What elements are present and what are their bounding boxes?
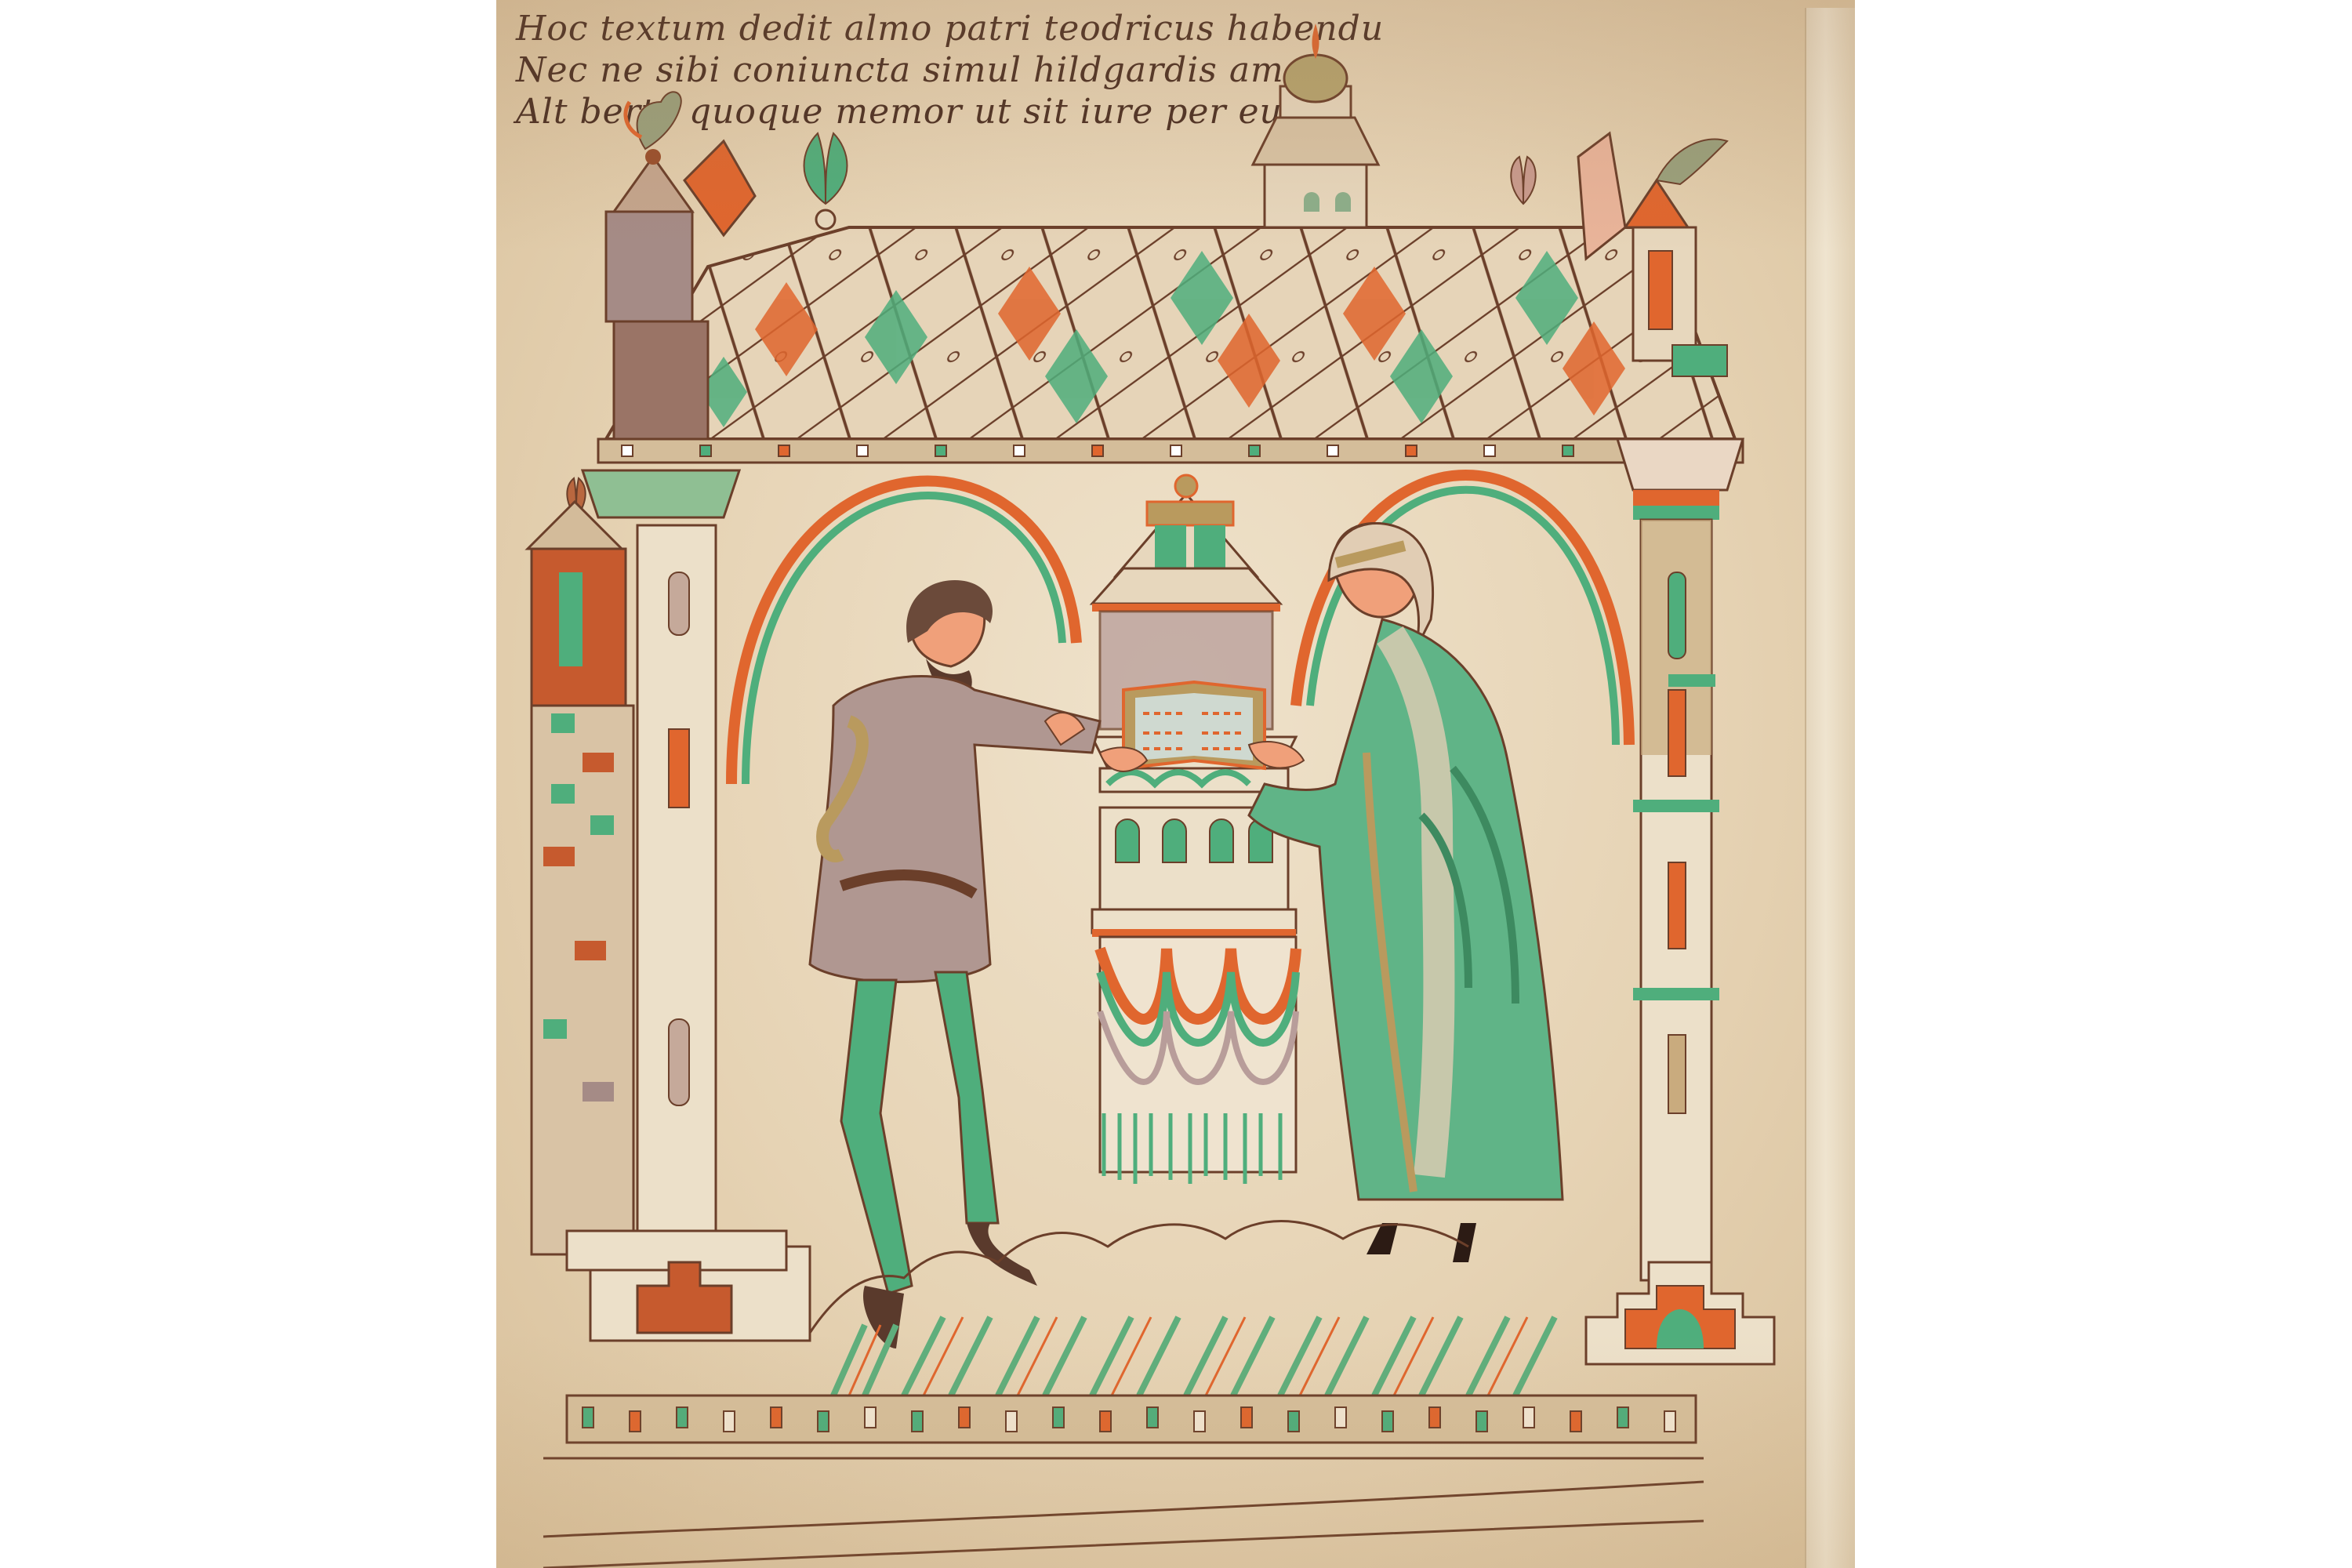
right-column [1586, 439, 1774, 1364]
miniature-illustration [496, 0, 1855, 1568]
altar [1092, 475, 1296, 1184]
base-frieze [543, 1396, 1704, 1568]
bell-tower [1253, 24, 1378, 227]
manuscript-page: Hoc textum dedit almo patri teodricus ha… [496, 0, 1855, 1568]
altar-cloth [1100, 937, 1296, 1184]
church-roof [598, 227, 1743, 463]
waves [810, 1221, 1555, 1396]
